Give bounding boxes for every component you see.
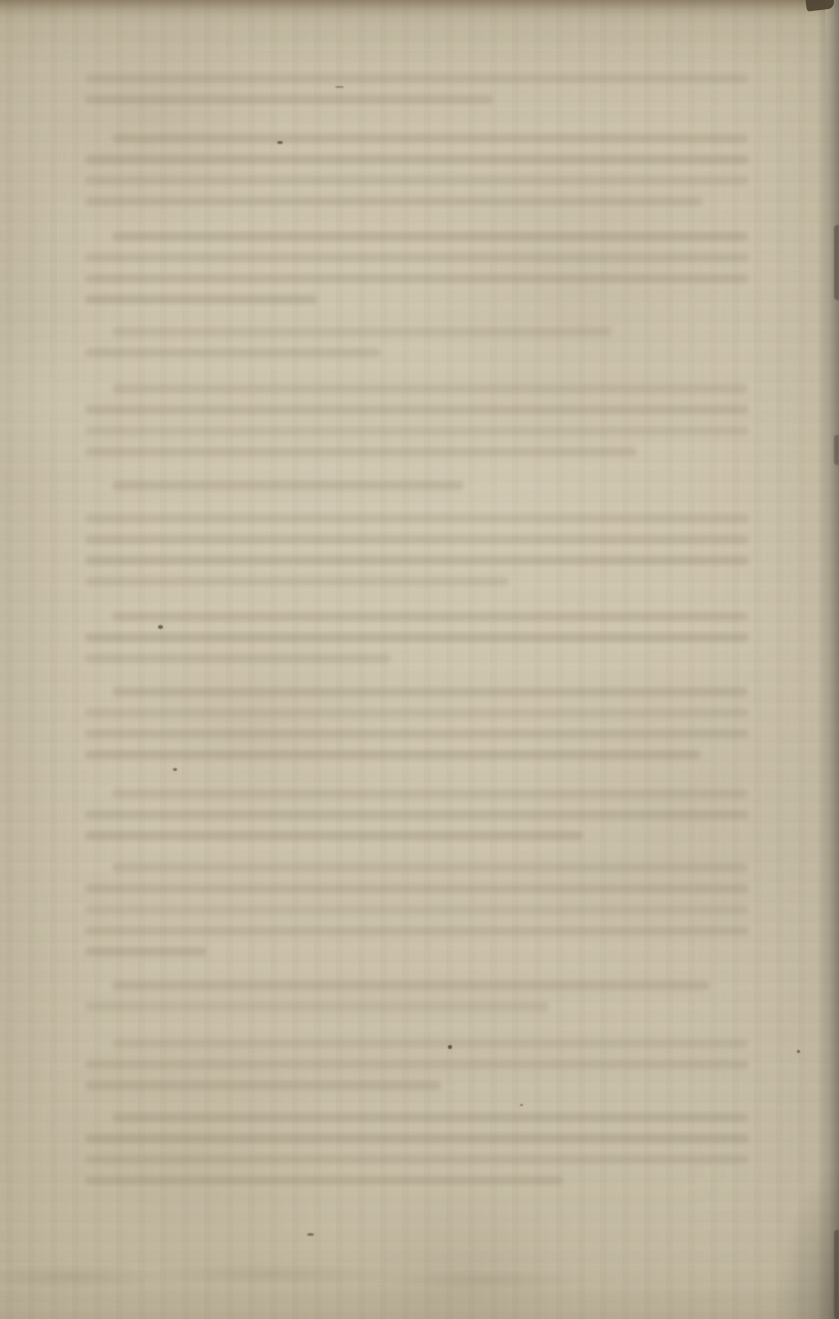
ghost-text-line [85, 708, 749, 717]
ghost-text-line [85, 535, 749, 544]
ghost-text-line [85, 654, 391, 663]
ghost-text-line [85, 514, 749, 523]
ghost-text-line [85, 577, 509, 586]
ink-speck [277, 141, 283, 144]
ghost-text-line [112, 327, 612, 336]
ink-speck [520, 1104, 523, 1106]
page-top-edge-shadow [0, 0, 839, 18]
ghost-text-line [112, 1113, 748, 1122]
ghost-text-line [85, 556, 749, 565]
ghost-text-line [85, 155, 749, 164]
page-right-edge-highlight [825, 0, 839, 150]
ghost-text-line [85, 405, 749, 414]
page-edge-mark [834, 435, 839, 465]
ink-speck [158, 625, 163, 629]
ghost-text-line [112, 384, 748, 393]
ghost-text-line [85, 831, 583, 840]
ghost-text-line [85, 926, 749, 935]
paper-mottle-texture [0, 0, 839, 1319]
ghost-text-line [85, 74, 749, 83]
ghost-text-line [85, 1176, 563, 1185]
ghost-text-line [85, 253, 749, 262]
faded-text-layer [0, 0, 839, 1319]
ghost-text-line [85, 1155, 749, 1164]
ghost-text-line [85, 1002, 549, 1011]
ghost-text-line [112, 981, 710, 990]
ghost-text-line [112, 134, 748, 143]
ghost-text-line [112, 481, 464, 490]
ghost-text-line [112, 687, 748, 696]
ghost-text-line [85, 1134, 749, 1143]
ghost-text-line [85, 884, 749, 893]
ghost-text-line [112, 789, 748, 798]
ghost-text-line [85, 176, 749, 185]
page-edge-mark [834, 1230, 839, 1319]
ghost-text-line [112, 1039, 748, 1048]
ghost-text-line [112, 612, 748, 621]
ghost-text-line [85, 426, 749, 435]
ghost-text-line [85, 348, 381, 357]
ghost-text-line [85, 447, 637, 456]
ink-speck [797, 1050, 800, 1053]
paper-grain-noise [0, 0, 839, 1319]
ghost-text-line [85, 1081, 441, 1090]
ink-speck [307, 1233, 314, 1236]
ghost-text-line [85, 905, 749, 914]
ghost-text-line [85, 810, 749, 819]
ghost-text-line [85, 729, 749, 738]
ghost-text-line [112, 232, 748, 241]
paper-streak-texture [0, 0, 839, 1319]
ink-speck [173, 768, 177, 771]
page-corner-tear [805, 0, 834, 12]
ink-speck [335, 86, 344, 88]
ghost-text-line [85, 750, 701, 759]
ghost-text-line [85, 197, 703, 206]
ghost-text-line [85, 633, 749, 642]
ghost-text-line [85, 1060, 749, 1069]
ghost-text-line [112, 863, 748, 872]
ghost-text-line [85, 95, 493, 104]
bottom-right-corner-shadow [749, 1099, 839, 1319]
scanned-page [0, 0, 839, 1319]
ghost-text-line [85, 295, 317, 304]
ghost-text-line [85, 947, 207, 956]
bottom-edge-stain [0, 1259, 839, 1319]
page-right-edge-shadow [817, 0, 839, 1319]
ghost-text-line [85, 274, 749, 283]
ink-speck [448, 1045, 452, 1049]
page-edge-mark [834, 225, 839, 300]
